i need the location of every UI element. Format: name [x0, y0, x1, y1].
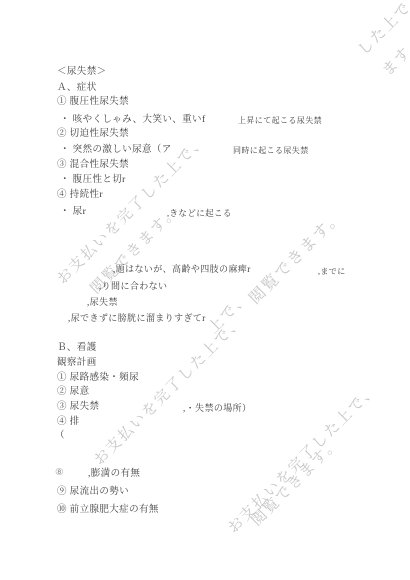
watermark-fragment: 上で、 [203, 287, 254, 338]
fragment-line-2: ,り間に合わない [99, 280, 167, 292]
fragment-line-1-right: ,までに [318, 266, 346, 278]
symptom-item-4-note: ・ 尿r [60, 206, 86, 218]
symptom-item-4: ④ 持続性r [57, 189, 103, 201]
symptom-item-1: ① 腹圧性尿失禁 [57, 96, 129, 108]
observe-item-9: ⑨ 尿流出の勢い [57, 486, 129, 498]
observe-item-3-note: ,・失禁の場所） [183, 402, 251, 414]
watermark-fragment: ます。 [377, 30, 410, 80]
symptom-item-3: ③ 混合性尿失禁 [57, 159, 129, 171]
observe-item-2: ② 尿意 [57, 386, 89, 398]
observe-item-1: ① 尿路感染・頻尿 [57, 372, 139, 384]
observe-item-10: ⑩ 前立腺肥大症の有無 [57, 504, 159, 516]
fragment-paren: （ [55, 430, 65, 442]
watermark-payment-text: お支払いを完了した上で、 [89, 311, 248, 470]
symptom-item-2-note-right: 同時に起こる尿失禁 [233, 145, 309, 157]
section-a-heading: Ａ、症状 [57, 82, 97, 94]
observe-item-8-text: ,膨満の有無 [88, 468, 140, 480]
observe-item-4: ④ 排 [57, 416, 80, 428]
symptom-item-1-note: ・ 咳やくしゃみ、大笑い、重いf [60, 114, 206, 126]
watermark-view-text: 閲覧できます。 [246, 432, 344, 530]
observation-plan-heading: 観察計画 [57, 357, 97, 369]
symptom-item-2-note: ・ 突然の激しい尿意（ア [60, 144, 172, 156]
watermark-view-text: 閲覧できます。 [243, 204, 347, 308]
symptom-item-2: ② 切迫性尿失禁 [57, 128, 129, 140]
fragment-line-3: ,尿失禁 [87, 296, 118, 308]
symptom-item-4-note-mid: ,きなどに起こる [167, 207, 232, 219]
doc-title: ＜尿失禁＞ [57, 66, 107, 78]
watermark-fragment: した上で、 [353, 0, 410, 59]
fragment-line-4: ,尿できずに膀胱に溜まりすぎてr [68, 312, 206, 324]
section-b-heading: Ｂ、看護 [57, 342, 97, 354]
observe-item-8-number: ⑧ [55, 467, 64, 479]
symptom-item-1-note-right: 上昇にて起こる尿失禁 [238, 115, 322, 127]
fragment-line-1: ,題はないが、高齢や四肢の麻痺r [113, 263, 251, 275]
symptom-item-3-note: ・ 腹圧性と切r [60, 174, 126, 186]
document-page: お支払いを完了した上で、 閲覧できます。 閲覧できます。 上で、 お支払いを完了… [0, 0, 410, 580]
observe-item-3: ③ 尿失禁 [57, 401, 99, 413]
